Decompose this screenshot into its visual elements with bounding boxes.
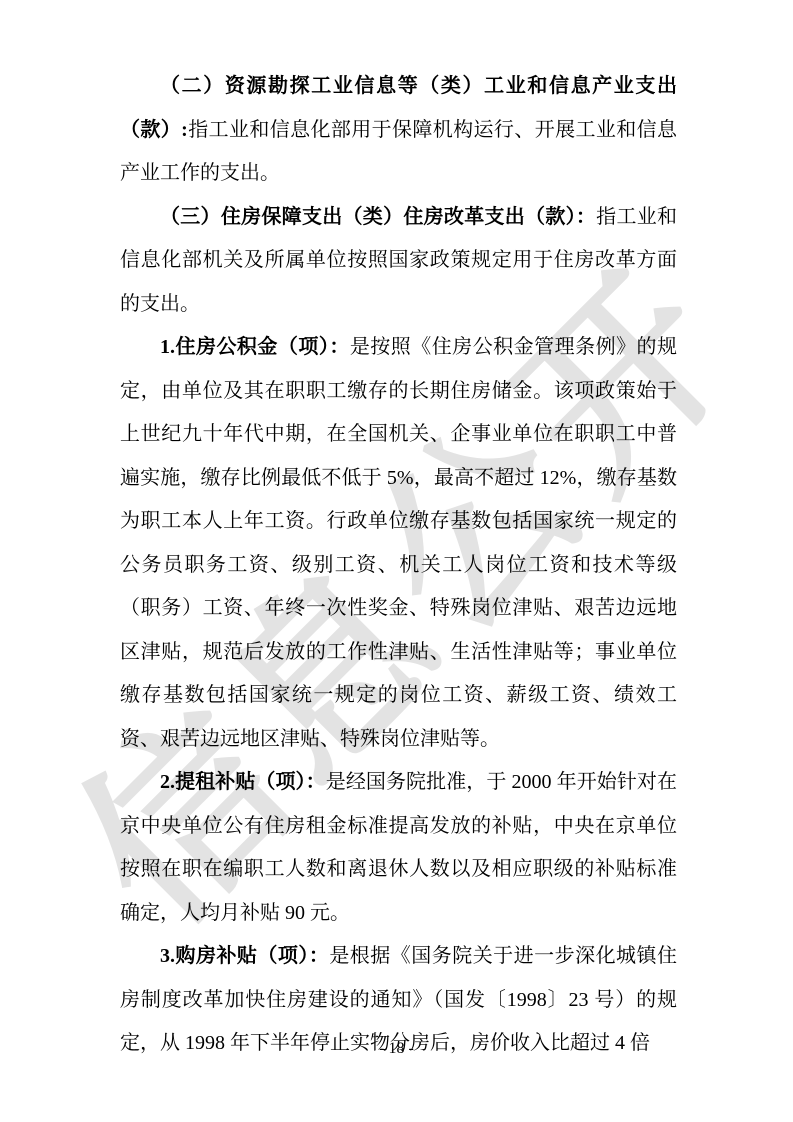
paragraph-lead: （三）住房保障支出（类）住房改革支出（款）： — [160, 206, 596, 228]
document-page: 信息公开 （二）资源勘探工业信息等（类）工业和信息产业支出（款）:指工业和信息化… — [0, 0, 793, 1122]
document-content: （二）资源勘探工业信息等（类）工业和信息产业支出（款）:指工业和信息化部用于保障… — [120, 65, 677, 1066]
paragraph: （三）住房保障支出（类）住房改革支出（款）：指工业和信息化部机关及所属单位按照国… — [120, 196, 677, 327]
paragraph-lead: 1.住房公积金（项）： — [160, 336, 350, 358]
paragraph-lead: 3.购房补贴（项）： — [160, 945, 329, 967]
paragraph-body: 是经国务院批准，于 2000 年开始针对在京中央单位公有住房租金标准提高发放的补… — [120, 771, 677, 924]
paragraph: 1.住房公积金（项）：是按照《住房公积金管理条例》的规定，由单位及其在职职工缴存… — [120, 326, 677, 761]
paragraph: （二）资源勘探工业信息等（类）工业和信息产业支出（款）:指工业和信息化部用于保障… — [120, 65, 677, 196]
paragraph-body: 是按照《住房公积金管理条例》的规定，由单位及其在职职工缴存的长期住房储金。该项政… — [120, 336, 677, 750]
paragraph-body: 指工业和信息化部用于保障机构运行、开展工业和信息产业工作的支出。 — [120, 119, 677, 185]
page-number: - 18 - — [0, 1040, 793, 1058]
paragraph-lead: 2.提租补贴（项）： — [160, 771, 326, 793]
paragraph: 2.提租补贴（项）：是经国务院批准，于 2000 年开始针对在京中央单位公有住房… — [120, 761, 677, 935]
